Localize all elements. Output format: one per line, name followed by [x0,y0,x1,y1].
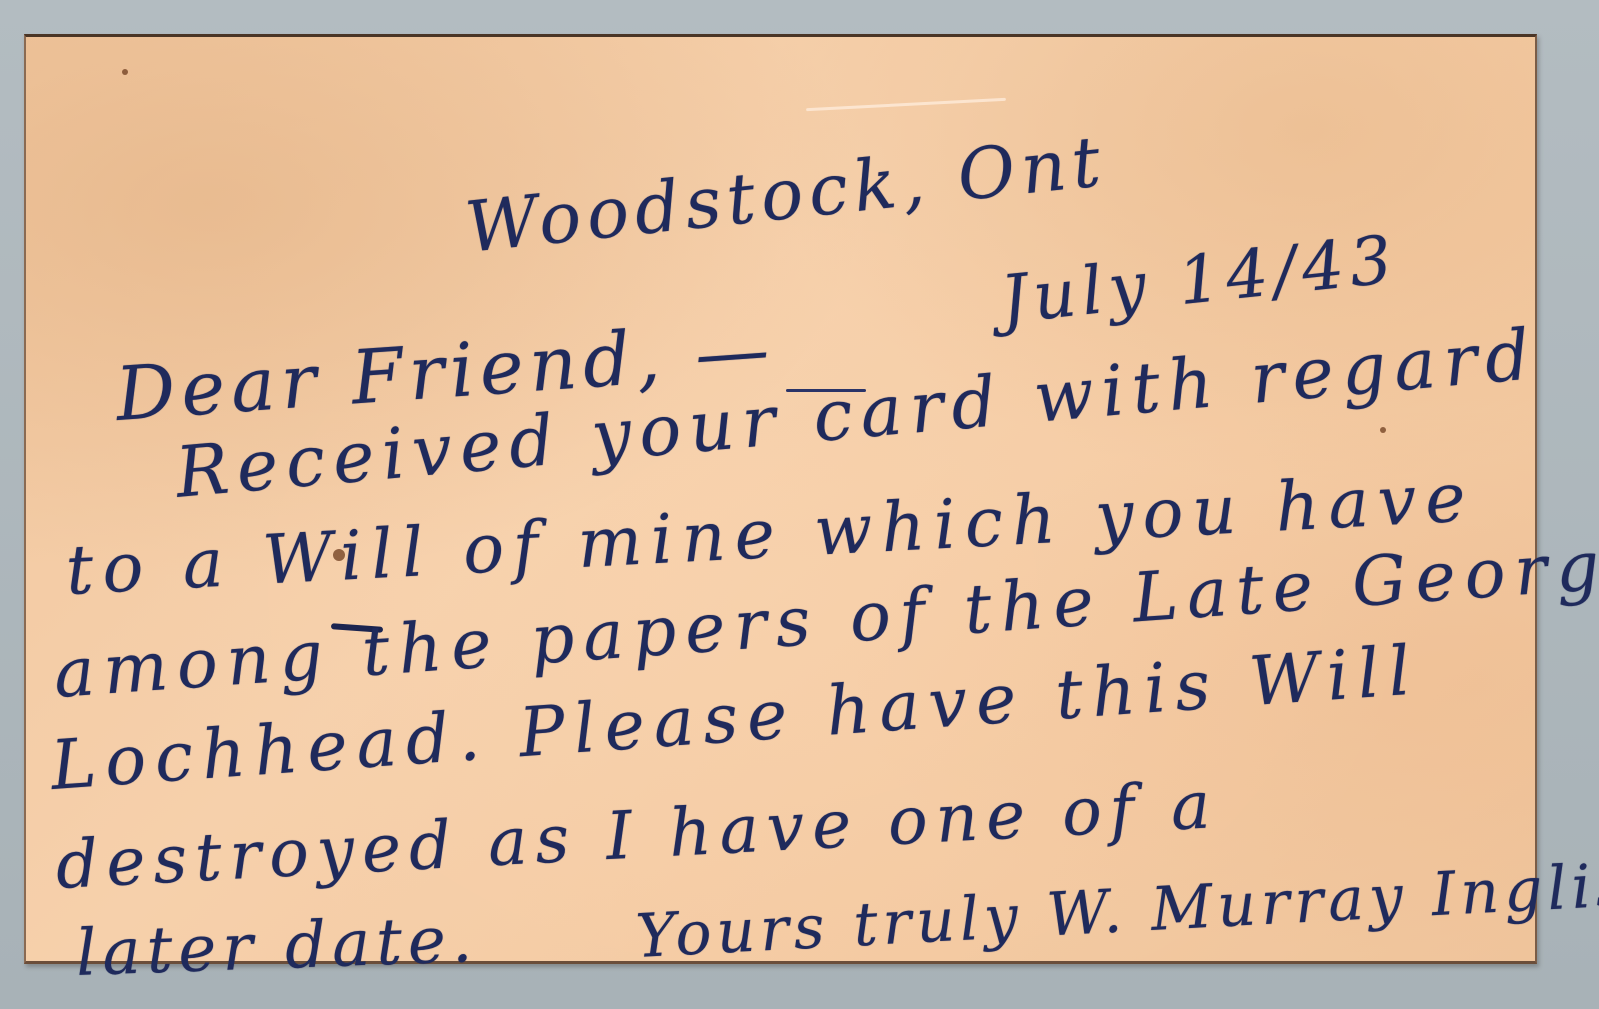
date-line: July 14/43 [997,221,1401,339]
body-line-6: later date. [75,903,480,991]
card-crease [806,98,1006,111]
pinhole [1380,427,1386,433]
scan-background: Woodstock, Ont July 14/43 Dear Friend, —… [0,0,1599,1009]
signature: Yours truly W. Murray Inglis [634,850,1599,972]
postcard: Woodstock, Ont July 14/43 Dear Friend, —… [24,34,1537,964]
place-line: Woodstock, Ont [462,120,1110,269]
stain-spot [122,69,128,75]
